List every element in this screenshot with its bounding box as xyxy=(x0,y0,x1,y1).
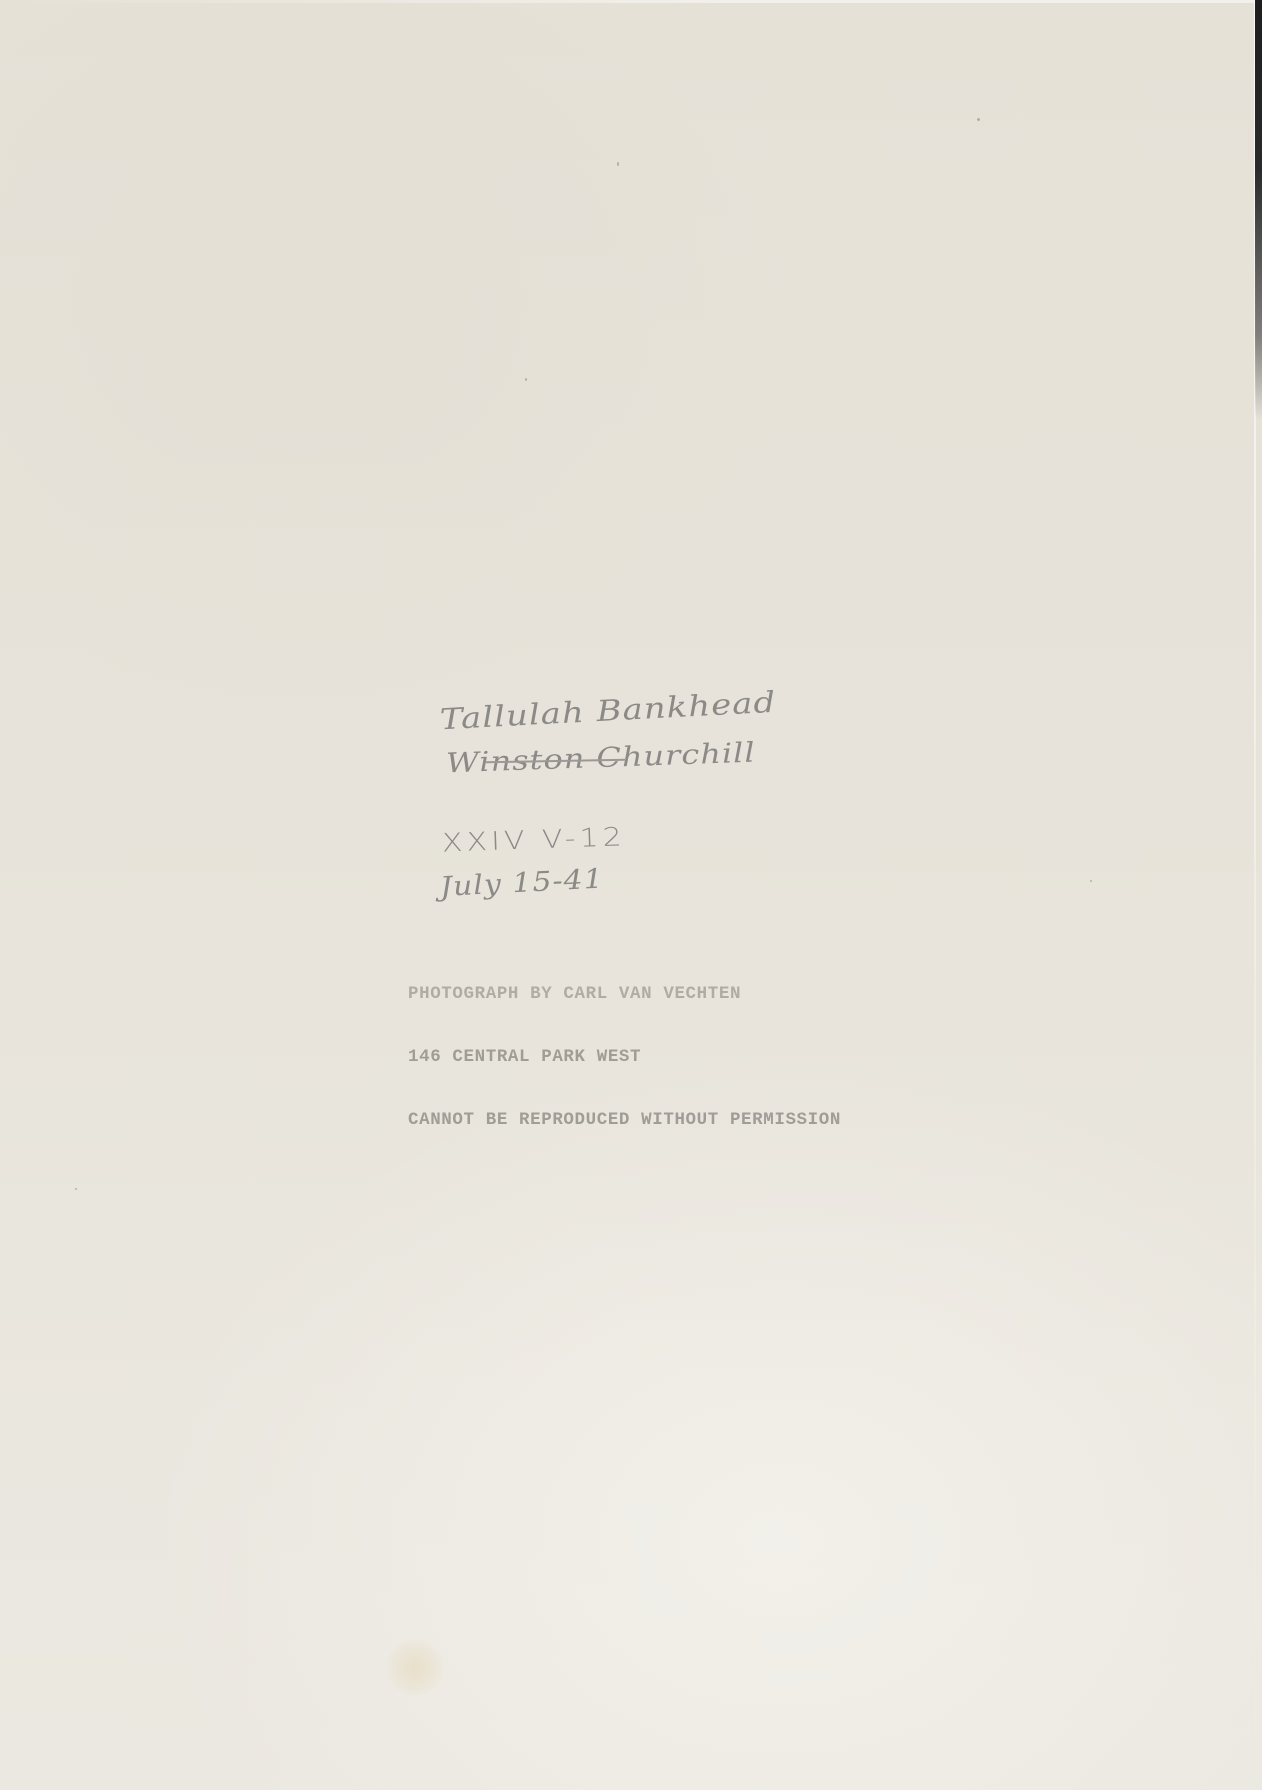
handwritten-negative-number: XXIV V-12 xyxy=(441,822,626,858)
paper-speck xyxy=(1090,880,1092,882)
background-shadow-strip xyxy=(1255,0,1262,420)
handwritten-date: July 15-41 xyxy=(439,863,604,903)
paper-speck xyxy=(977,118,980,121)
paper-speck xyxy=(617,162,619,166)
handwritten-sitter-name-2: Winston Churchill xyxy=(445,736,756,779)
paper-top-edge xyxy=(0,0,1262,3)
paper-speck xyxy=(75,1188,77,1190)
stamp-line-address: 146 CENTRAL PARK WEST xyxy=(408,1047,841,1068)
stamp-line-photographer: PHOTOGRAPH BY CARL VAN VECHTEN xyxy=(408,984,841,1005)
photo-verso-paper: Tallulah Bankhead Winston Churchill XXIV… xyxy=(0,0,1262,1790)
handwritten-sitter-name-1: Tallulah Bankhead xyxy=(439,685,777,737)
photographer-typed-stamp: PHOTOGRAPH BY CARL VAN VECHTEN 146 CENTR… xyxy=(408,942,841,1173)
paper-speck xyxy=(525,378,527,381)
stamp-line-permission: CANNOT BE REPRODUCED WITHOUT PERMISSION xyxy=(408,1110,841,1131)
paper-stain xyxy=(385,1640,445,1695)
